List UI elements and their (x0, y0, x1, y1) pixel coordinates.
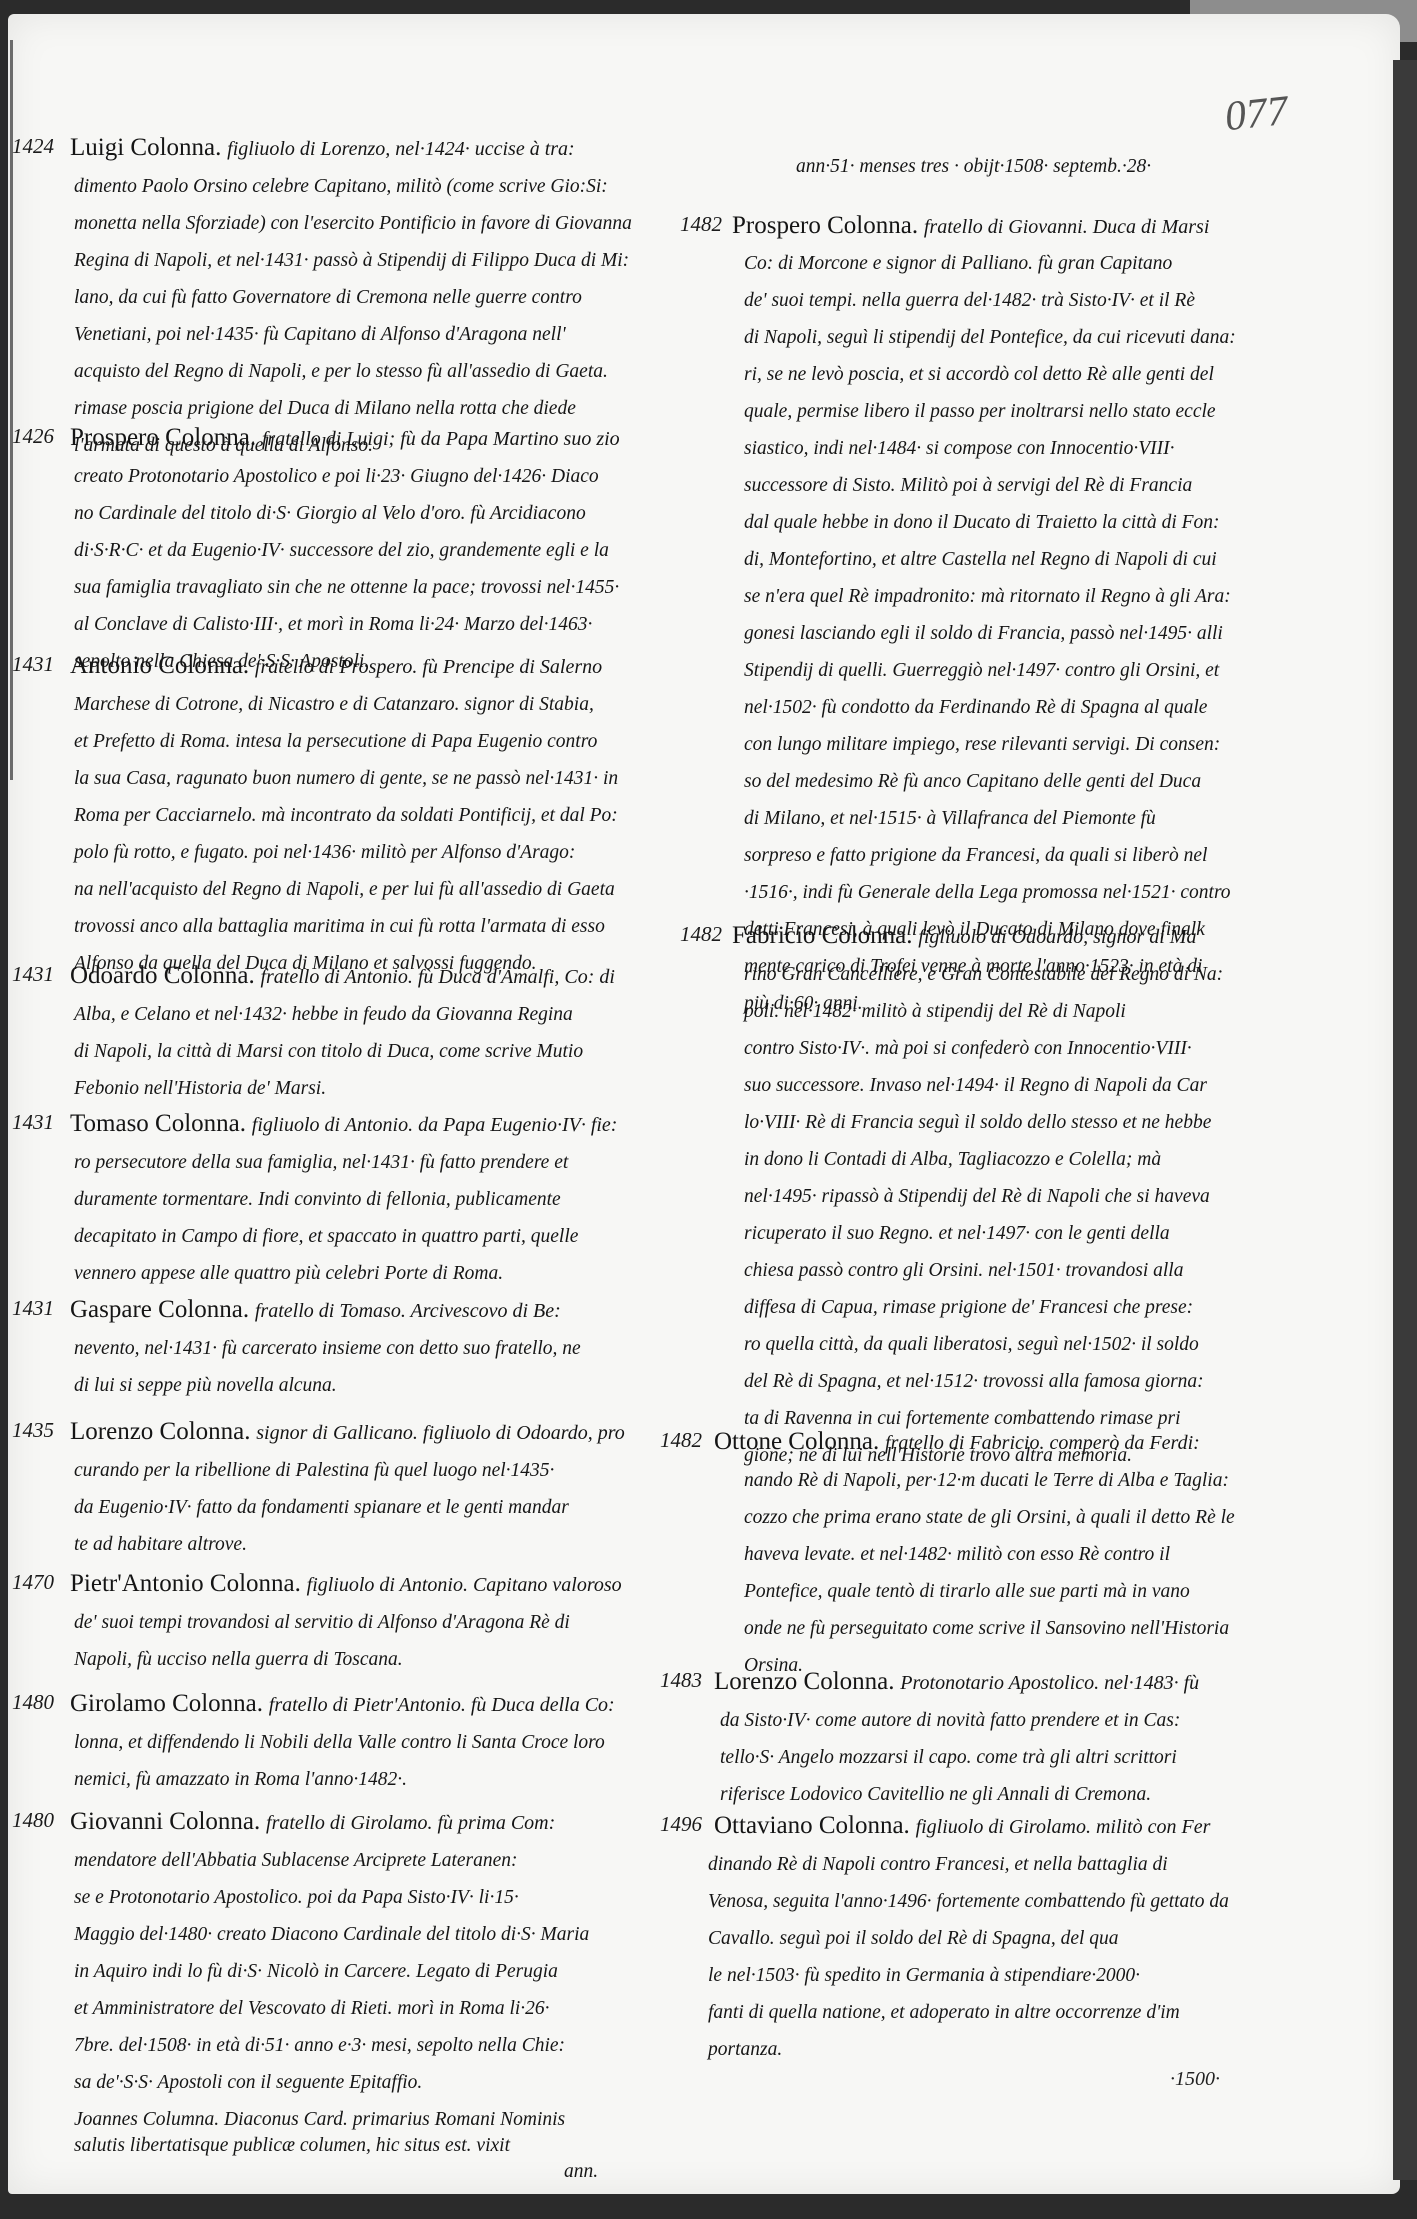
entry-heading: Tomaso Colonna. figliuolo di Antonio. da… (70, 1110, 617, 1138)
entry-body: Alba, e Celano et nel·1432· hebbe in feu… (74, 996, 583, 1107)
entry-name: Antonio Colonna. (70, 652, 249, 679)
entry-heading: Odoardo Colonna. fratello di Antonio. fù… (70, 962, 615, 990)
epitaph-line: ann. (74, 2153, 598, 2179)
entry-body: dimento Paolo Orsino celebre Capitano, m… (74, 168, 632, 464)
closing-mark: ·1500· (1170, 2068, 1220, 2091)
entry-year: 1483 (660, 1668, 702, 1693)
entry-heading: Ottaviano Colonna. figliuolo di Girolamo… (714, 1812, 1210, 1840)
entry-body: da Sisto·IV· come autore di novità fatto… (720, 1702, 1180, 1813)
entry-year: 1431 (12, 962, 54, 987)
entry-body: de' suoi tempi trovandosi al servitio di… (74, 1604, 570, 1678)
entry-year: 1431 (12, 652, 54, 677)
entry-heading: Lorenzo Colonna. signor di Gallicano. fi… (70, 1418, 625, 1446)
entry-year: 1431 (12, 1296, 54, 1321)
entry-name: Odoardo Colonna. (70, 962, 255, 989)
entry-name: Prospero Colonna. (732, 212, 918, 239)
entry-year: 1470 (12, 1570, 54, 1595)
entry-body: mendatore dell'Abbatia Sublacense Arcipr… (74, 1842, 598, 2179)
entry-year: 1424 (12, 134, 54, 159)
entry-name: Luigi Colonna. (70, 134, 221, 161)
entry-name: Tomaso Colonna. (70, 1110, 246, 1137)
entry-name: Girolamo Colonna. (70, 1690, 263, 1717)
entry-heading: Girolamo Colonna. fratello di Pietr'Anto… (70, 1690, 615, 1718)
entry-year: 1426 (12, 424, 54, 449)
entry-name: Pietr'Antonio Colonna. (70, 1570, 301, 1597)
entry-body: creato Protonotario Apostolico e poi li·… (74, 458, 619, 680)
epitaph-line: salutis libertatisque publicæ columen, h… (74, 2127, 598, 2153)
epitaph-continuation: ann·51· menses tres · obijt·1508· septem… (796, 156, 1151, 178)
entry-heading: Prospero Colonna. fratello di Giovanni. … (732, 212, 1209, 240)
entry-body: Co: di Morcone e signor di Palliano. fù … (744, 246, 1236, 1023)
entry-heading: Fabricio Colonna. figliuolo di Odoardo, … (732, 922, 1196, 950)
entry-year: 1482 (680, 212, 722, 237)
entry-name: Giovanni Colonna. (70, 1808, 260, 1835)
entry-heading: Prospero Colonna. fratello di Luigi; fù … (70, 424, 620, 452)
entry-body: nando Rè di Napoli, per·12·m ducati le T… (744, 1462, 1235, 1684)
entry-year: 1482 (680, 922, 722, 947)
epitaph-line: Joannes Columna. Diaconus Card. primariu… (74, 2101, 598, 2127)
entry-body: curando per la ribellione di Palestina f… (74, 1452, 569, 1563)
entry-body: Marchese di Cotrone, di Nicastro e di Ca… (74, 686, 618, 982)
entry-year: 1482 (660, 1428, 702, 1453)
entry-heading: Pietr'Antonio Colonna. figliuolo di Anto… (70, 1570, 622, 1598)
entry-name: Ottaviano Colonna. (714, 1812, 910, 1839)
entry-year: 1480 (12, 1690, 54, 1715)
entry-name: Ottone Colonna. (714, 1428, 879, 1455)
entry-year: 1431 (12, 1110, 54, 1135)
scan-edge-shadow (1393, 60, 1417, 2180)
entry-heading: Ottone Colonna. fratello di Fabricio. co… (714, 1428, 1200, 1456)
entry-body: lonna, et diffendendo li Nobili della Va… (74, 1724, 605, 1798)
entry-name: Prospero Colonna. (70, 424, 256, 451)
entry-year: 1480 (12, 1808, 54, 1833)
entry-name: Fabricio Colonna. (732, 922, 913, 949)
entry-body: rino Gran Cancelliere, e Gran Contestabi… (744, 956, 1223, 1474)
folio-number: 077 (1223, 87, 1291, 141)
entry-heading: Gaspare Colonna. fratello di Tomaso. Arc… (70, 1296, 561, 1324)
entry-heading: Lorenzo Colonna. Protonotario Apostolico… (714, 1668, 1199, 1696)
entry-heading: Antonio Colonna. fratello di Prospero. f… (70, 652, 602, 680)
entry-year: 1496 (660, 1812, 702, 1837)
entry-body: ro persecutore della sua famiglia, nel·1… (74, 1144, 578, 1292)
entry-body: dinando Rè di Napoli contro Francesi, et… (708, 1846, 1229, 2068)
entry-name: Gaspare Colonna. (70, 1296, 249, 1323)
entry-body: nevento, nel·1431· fù carcerato insieme … (74, 1330, 581, 1404)
entry-heading: Luigi Colonna. figliuolo di Lorenzo, nel… (70, 134, 575, 162)
entry-heading: Giovanni Colonna. fratello di Girolamo. … (70, 1808, 555, 1836)
entry-year: 1435 (12, 1418, 54, 1443)
entry-name: Lorenzo Colonna. (70, 1418, 251, 1445)
entry-name: Lorenzo Colonna. (714, 1668, 895, 1695)
